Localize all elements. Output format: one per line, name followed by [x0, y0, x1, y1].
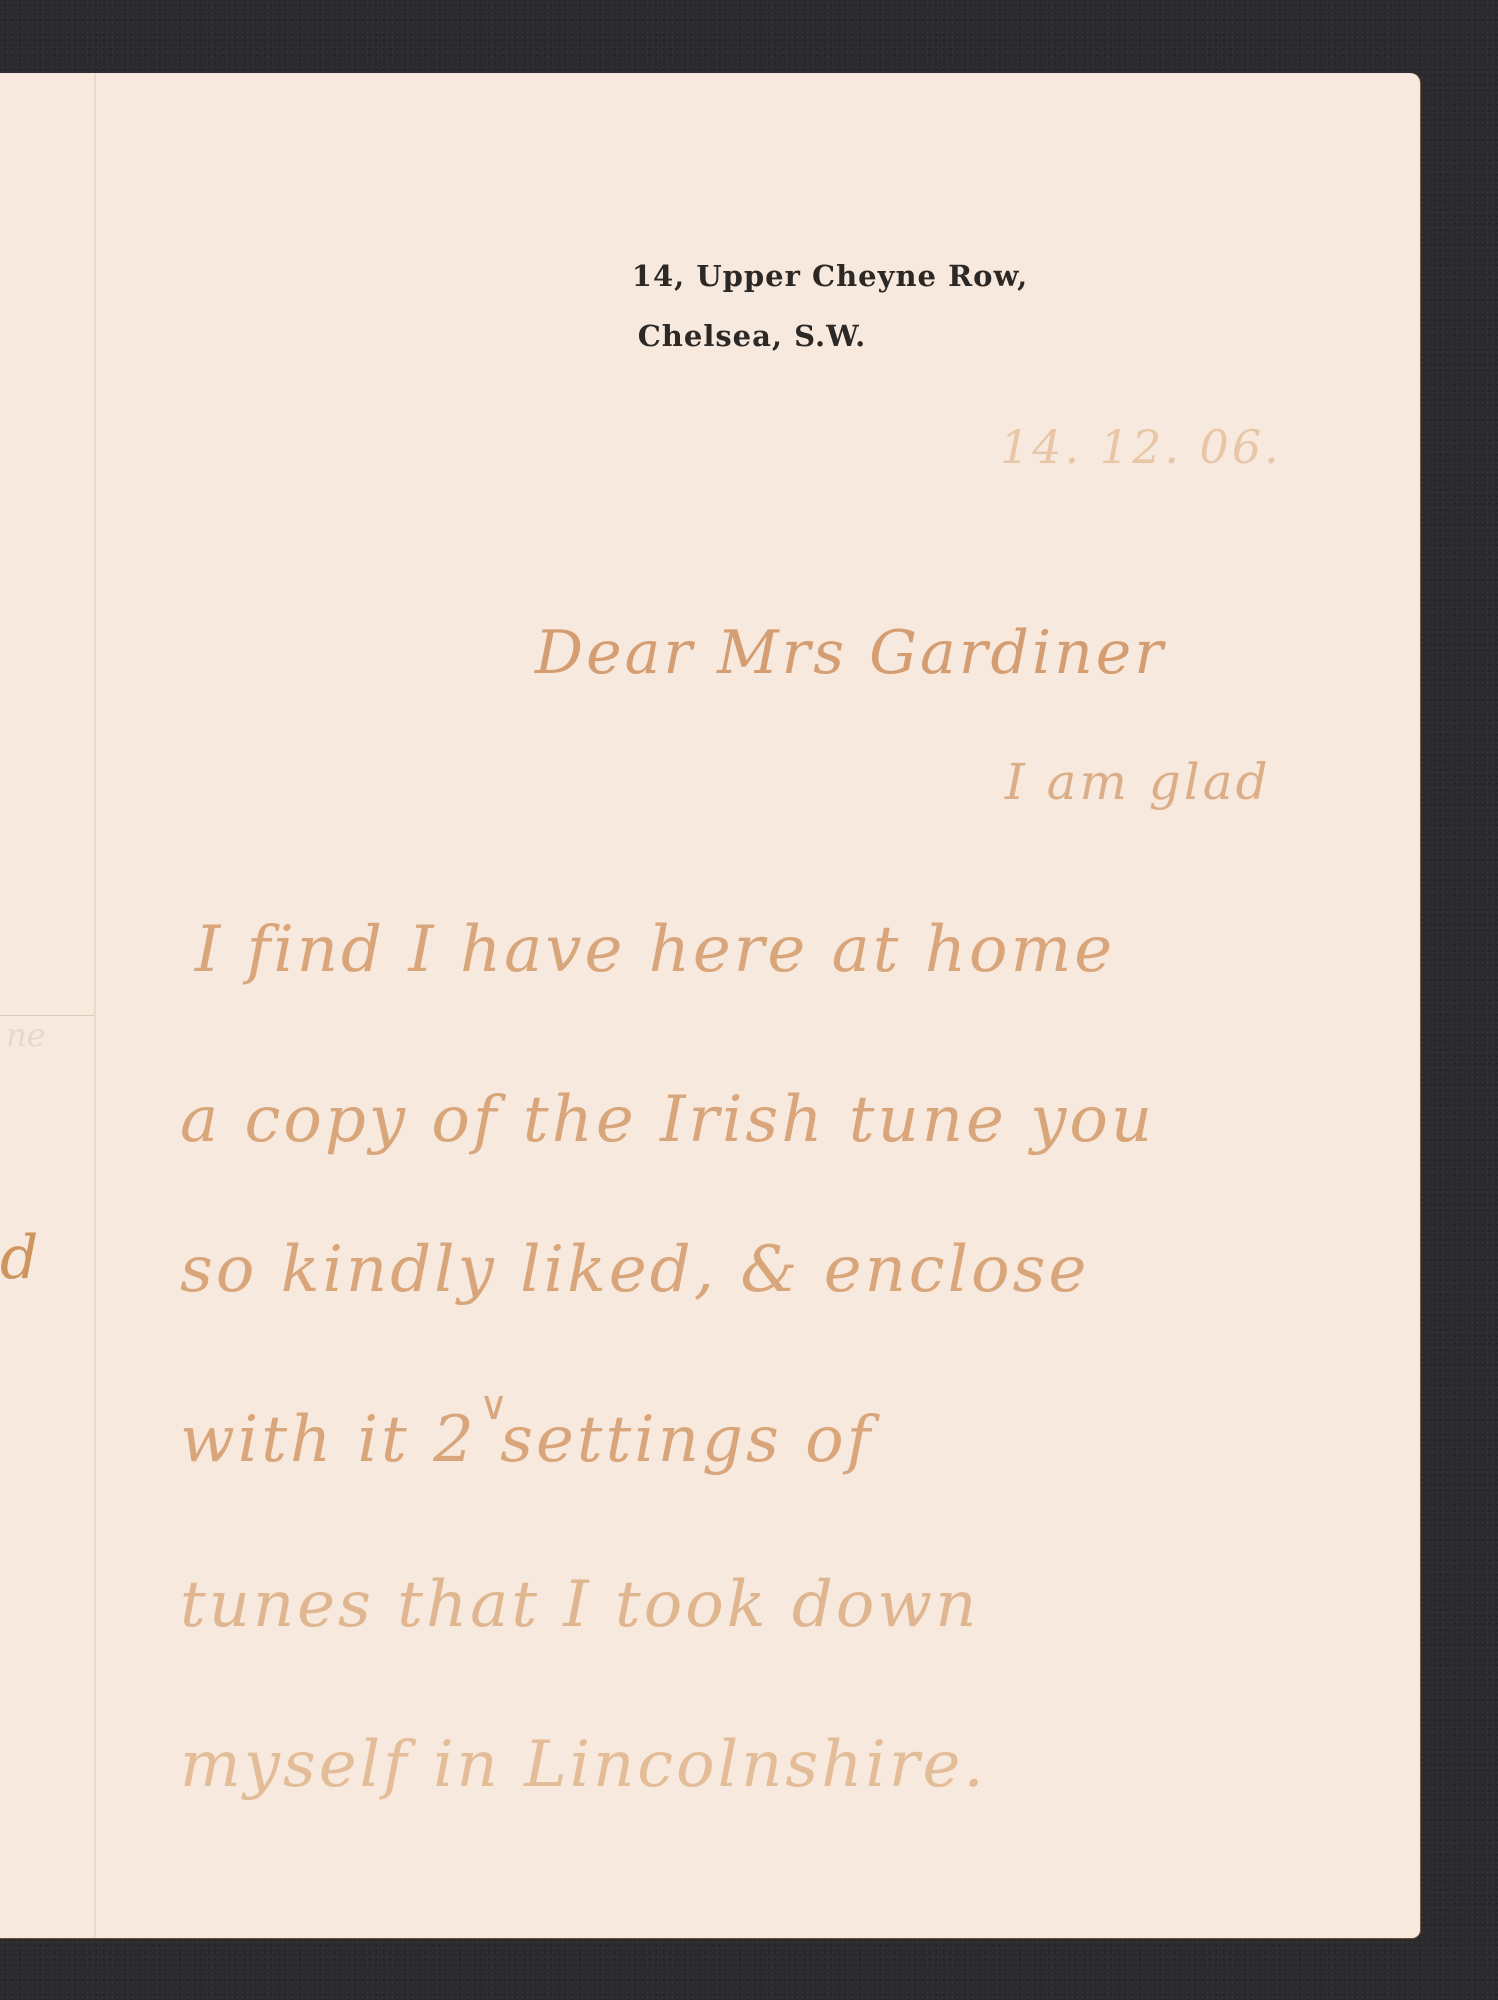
- body-line-4: so kindly liked, & enclose: [180, 1233, 1089, 1307]
- letter-paper: ne d 14, Upper Cheyne Row, Chelsea, S.W.…: [0, 73, 1420, 1938]
- salutation: Dear Mrs Gardiner: [535, 618, 1166, 688]
- letterhead-address-line2: Chelsea, S.W.: [0, 319, 1462, 353]
- left-page-faint-text: ne: [6, 1016, 46, 1054]
- letter-date: 14. 12. 06.: [1000, 420, 1282, 474]
- body-line-5: with it 2 settings of: [180, 1403, 873, 1477]
- body-line-6: tunes that I took down: [180, 1568, 979, 1642]
- body-line-7: myself in Lincolnshire.: [180, 1728, 987, 1802]
- letterhead-address-line1: 14, Upper Cheyne Row,: [0, 259, 1498, 293]
- body-line-3: a copy of the Irish tune you: [180, 1083, 1155, 1157]
- body-line-1: I am glad: [1005, 753, 1271, 811]
- left-page-fragment: d: [0, 1223, 38, 1293]
- body-line-2: I find I have here at home: [195, 913, 1115, 987]
